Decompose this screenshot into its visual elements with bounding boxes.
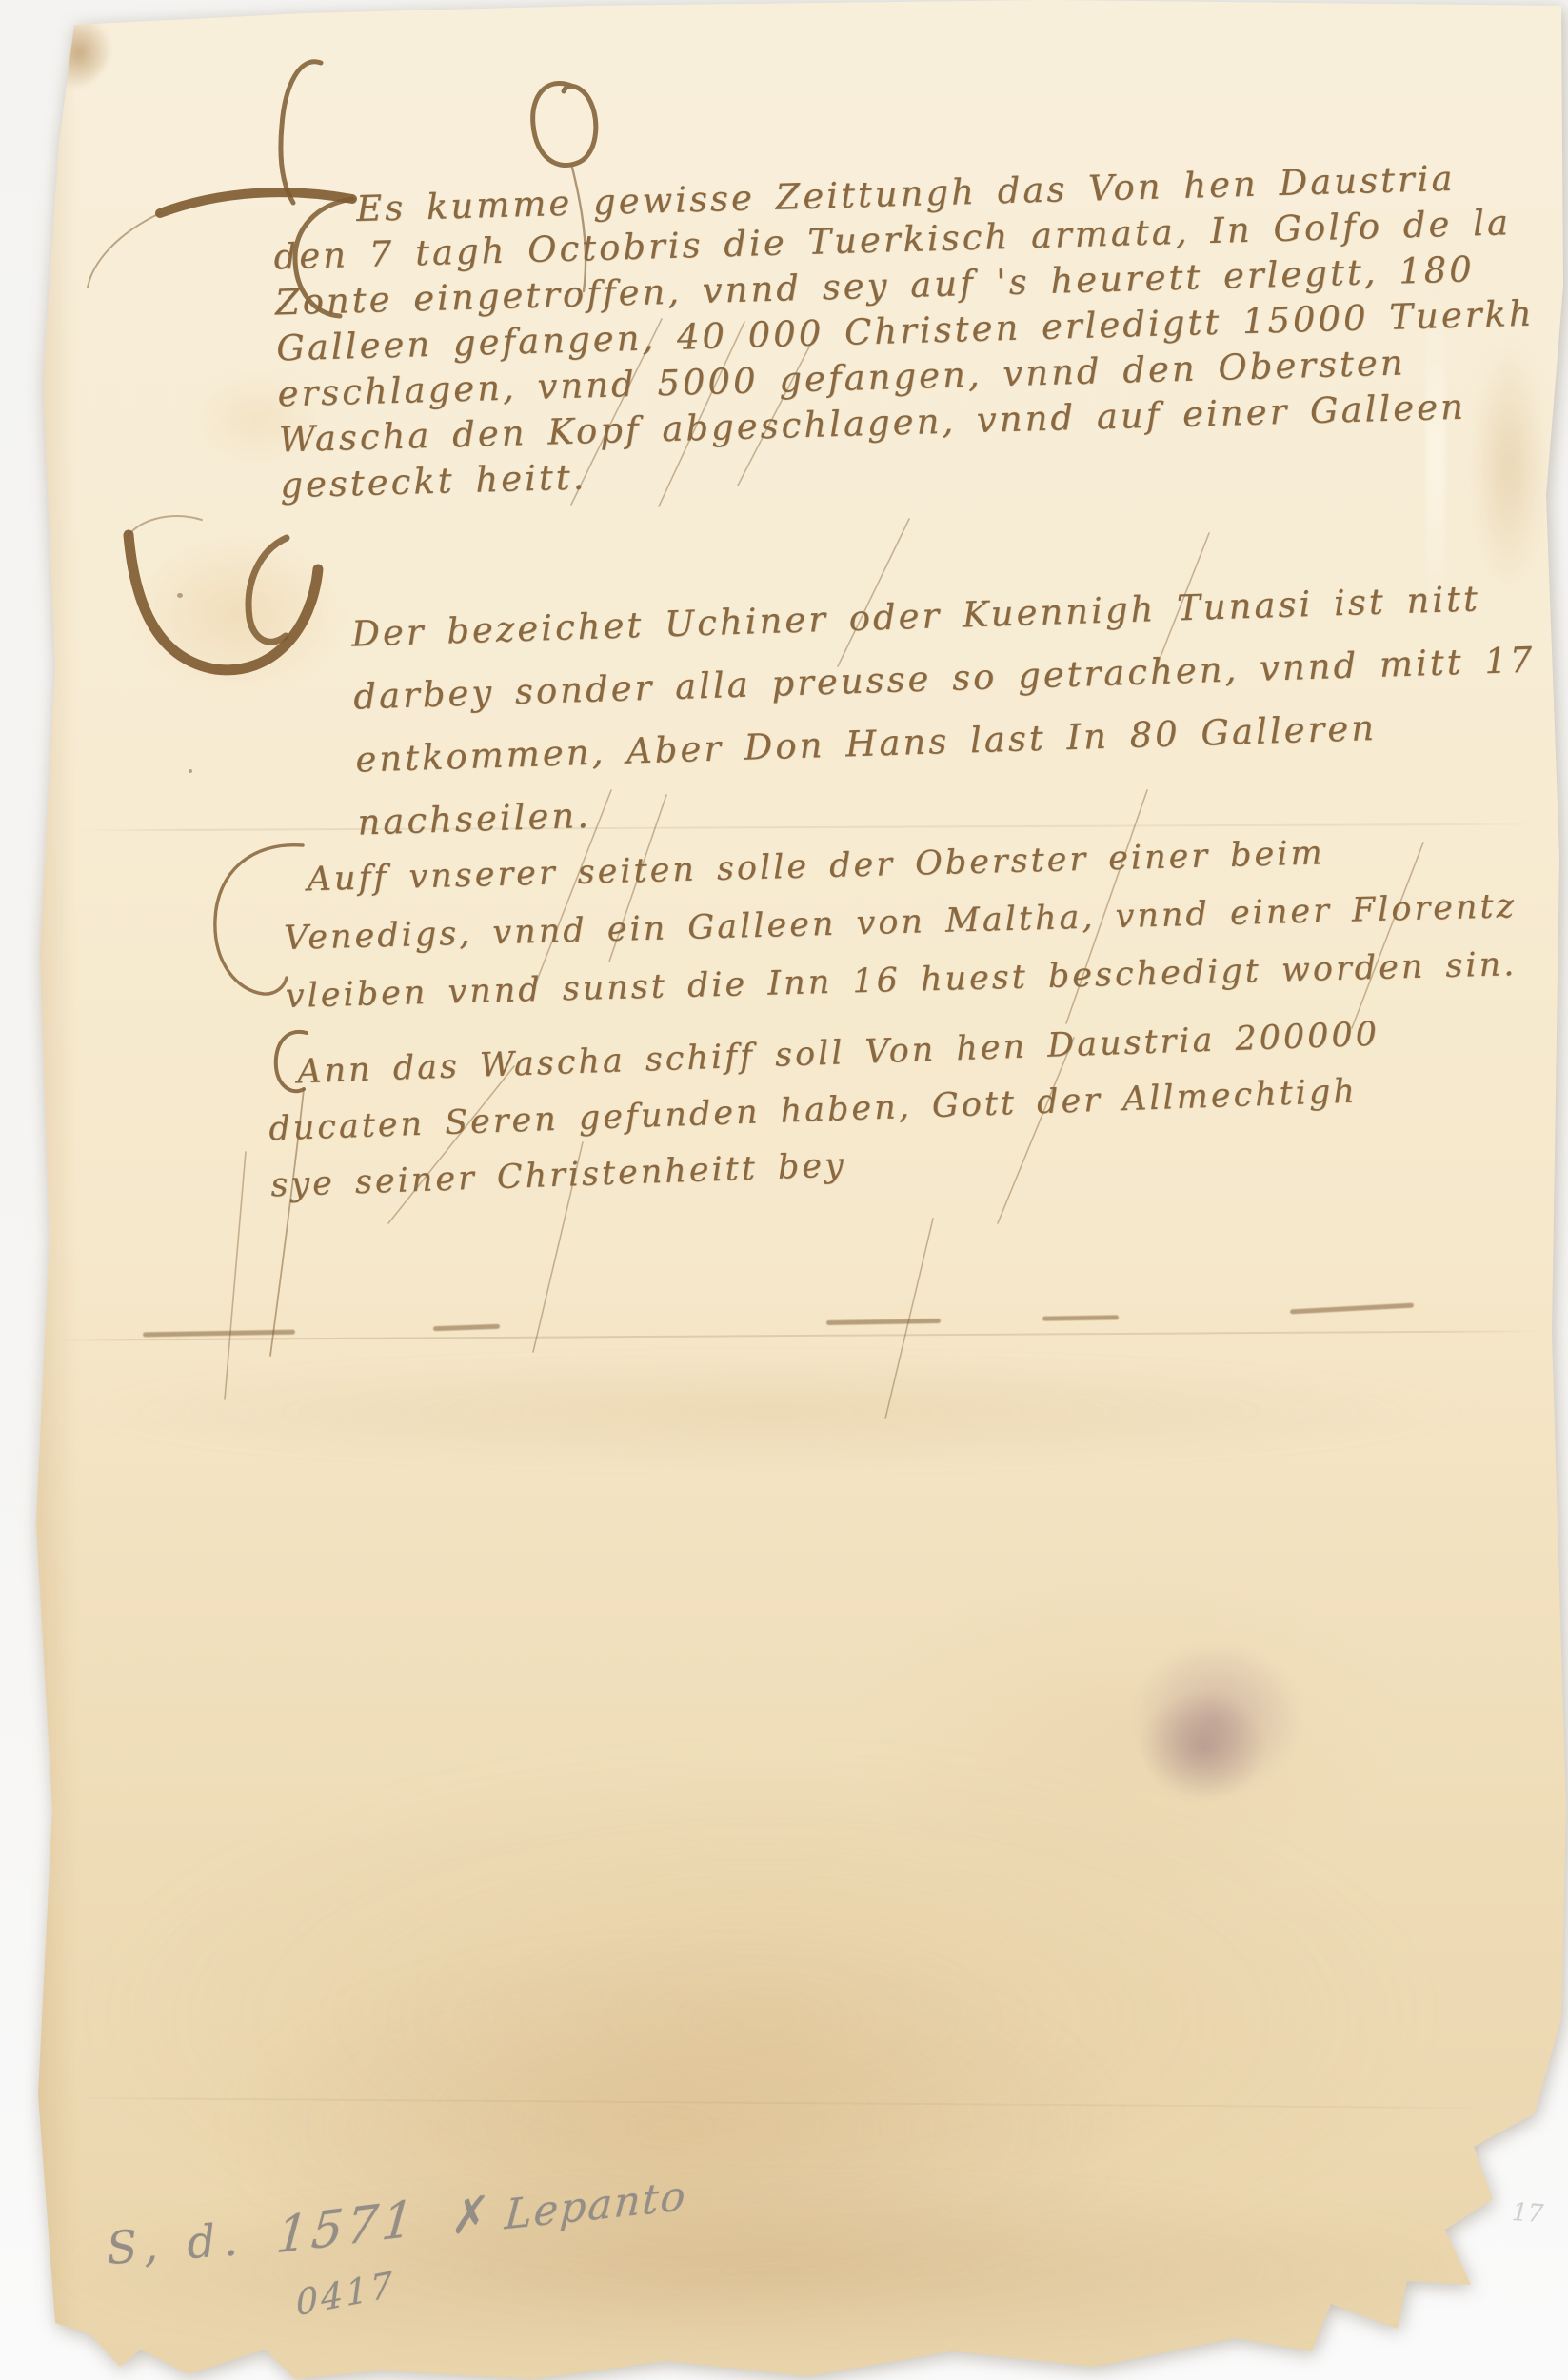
pencil-corner-mark: 17 — [1511, 2198, 1544, 2229]
paragraph-1: Es kumme gewisse Zeittungh das Von hen D… — [272, 154, 1539, 509]
paragraph-3: Auff vnserer seiten solle der Oberster e… — [282, 820, 1518, 1026]
pencil-annotation-sd: S, d. — [105, 2213, 247, 2275]
manuscript-page: Es kumme gewisse Zeittungh das Von hen D… — [0, 0, 1568, 2380]
photograph-of-manuscript: Es kumme gewisse Zeittungh das Von hen D… — [0, 0, 1568, 2380]
paper-shadow-wrap: Es kumme gewisse Zeittungh das Von hen D… — [0, 0, 1568, 2380]
paragraph-2: Der bezeichet Uchiner oder Kuennigh Tuna… — [350, 562, 1568, 854]
